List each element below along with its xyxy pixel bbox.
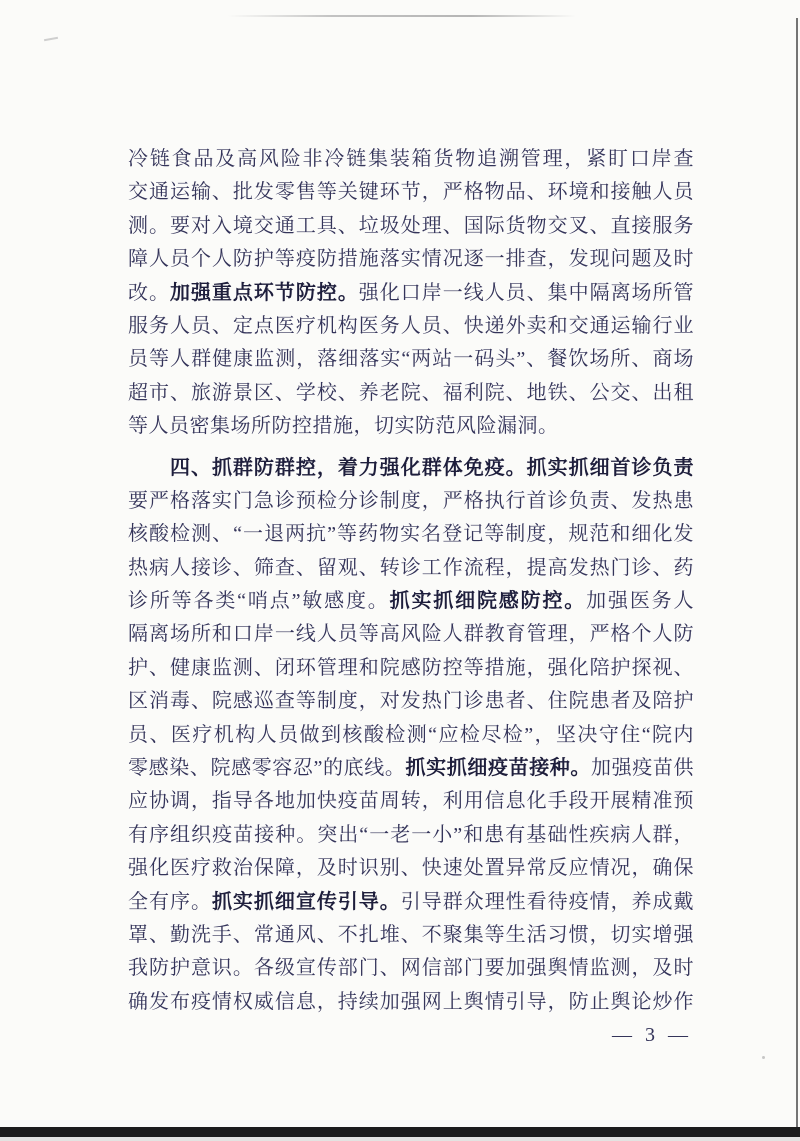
text-line: 零感染、院感零容忍”的底线。抓实抓细疫苗接种。加强疫苗供: [128, 752, 694, 785]
text-line: 核酸检测、“一退两抗”等药物实名登记等制度，规范和细化发: [128, 518, 694, 551]
text-line: 强化医疗救治保障，及时识别、快速处置异常反应情况，确保安: [128, 852, 694, 885]
text-segment: 测。要对入境交通工具、垃圾处理、国际货物交叉、直接服务保: [128, 215, 694, 243]
bold-text-segment: 抓实抓细院感防控。: [390, 590, 587, 612]
page-number: — 3 —: [612, 1024, 692, 1047]
text-line: 员、医疗机构人员做到核酸检测“应检尽检”，坚决守住“院内: [128, 719, 694, 752]
text-segment: 员等人群健康监测，落细落实“两站一码头”、餐饮场所、商场: [128, 348, 694, 370]
text-line: 应协调，指导各地加快疫苗周转，利用信息化手段开展精准预约，: [128, 785, 694, 818]
text-segment: 等人员密集场所防控措施，切实防范风险漏洞。: [128, 415, 559, 437]
scanned-page: 冷链食品及高风险非冷链集装箱货物追溯管理，紧盯口岸查验、交通运输、批发零售等关键…: [0, 0, 800, 1141]
document-text: 冷链食品及高风险非冷链集装箱货物追溯管理，紧盯口岸查验、交通运输、批发零售等关键…: [128, 143, 694, 1019]
text-segment: 冷链食品及高风险非冷链集装箱货物追溯管理，紧盯口岸查验、: [128, 148, 694, 176]
text-segment: 交通运输、批发零售等关键环节，严格物品、环境和接触人员监: [128, 181, 694, 209]
text-line: 等人员密集场所防控措施，切实防范风险漏洞。: [128, 410, 694, 443]
text-segment: 服务人员、定点医疗机构医务人员、快递外卖和交通运输行业人: [128, 315, 694, 343]
bold-text-segment: 四、抓群防群控，着力强化群体免疫。抓实抓细首诊负责制。: [128, 457, 694, 485]
text-segment: 确发布疫情权威信息，持续加强网上舆情引导，防止舆论炒作和: [128, 991, 694, 1019]
text-segment: 要严格落实门急诊预检分诊制度，严格执行首诊负责、发热患者: [128, 490, 694, 518]
text-segment: 障人员个人防护等疫防措施落实情况逐一排查，发现问题及时整: [128, 248, 694, 276]
paragraph: 冷链食品及高风险非冷链集装箱货物追溯管理，紧盯口岸查验、交通运输、批发零售等关键…: [128, 143, 694, 444]
text-segment: 加强疫苗供: [591, 757, 694, 779]
scan-artifact-top-line: [228, 15, 576, 17]
text-segment: 我防护意识。各级宣传部门、网信部门要加强舆情监测，及时准: [128, 957, 694, 985]
text-line: 冷链食品及高风险非冷链集装箱货物追溯管理，紧盯口岸查验、: [128, 143, 694, 176]
text-segment: 热病人接诊、筛查、留观、转诊工作流程，提高发热门诊、药店: [128, 557, 694, 585]
text-line: 隔离场所和口岸一线人员等高风险人群教育管理，严格个人防: [128, 618, 694, 651]
text-segment: 强化医疗救治保障，及时识别、快速处置异常反应情况，确保安: [128, 857, 694, 885]
text-line: 我防护意识。各级宣传部门、网信部门要加强舆情监测，及时准: [128, 952, 694, 985]
text-segment: 核酸检测、“一退两抗”等药物实名登记等制度，规范和细化发: [128, 523, 694, 545]
text-line: 服务人员、定点医疗机构医务人员、快递外卖和交通运输行业人: [128, 310, 694, 343]
scan-artifact-speck: [762, 1056, 765, 1059]
scan-artifact-speck: [44, 37, 58, 41]
text-segment: 护、健康监测、闭环管理和院感防控等措施，强化陪护探视、病: [128, 657, 694, 685]
text-segment: 区消毒、院感巡查等制度，对发热门诊患者、住院患者及陪护人: [128, 690, 694, 718]
scan-artifact-right-edge: [796, 18, 798, 1130]
text-line: 障人员个人防护等疫防措施落实情况逐一排查，发现问题及时整: [128, 243, 694, 276]
text-line: 交通运输、批发零售等关键环节，严格物品、环境和接触人员监: [128, 176, 694, 209]
text-line: 四、抓群防群控，着力强化群体免疫。抓实抓细首诊负责制。: [128, 452, 694, 485]
text-segment: 罩、勤洗手、常通风、不扎堆、不聚集等生活习惯，切实增强自: [128, 924, 694, 952]
text-line: 护、健康监测、闭环管理和院感防控等措施，强化陪护探视、病: [128, 652, 694, 685]
text-segment: 诊所等各类“哨点”敏感度。: [128, 590, 390, 612]
bold-text-segment: 抓实抓细疫苗接种。: [406, 757, 592, 779]
text-line: 诊所等各类“哨点”敏感度。抓实抓细院感防控。加强医务人员、: [128, 585, 694, 618]
text-segment: 零感染、院感零容忍”的底线。: [128, 757, 406, 779]
text-segment: 全有序。: [128, 891, 212, 913]
text-line: 全有序。抓实抓细宣传引导。引导群众理性看待疫情，养成戴口: [128, 886, 694, 919]
bold-text-segment: 抓实抓细宣传引导。: [212, 891, 401, 913]
text-line: 要严格落实门急诊预检分诊制度，严格执行首诊负责、发热患者: [128, 485, 694, 518]
text-segment: 隔离场所和口岸一线人员等高风险人群教育管理，严格个人防: [128, 623, 694, 645]
text-segment: 员、医疗机构人员做到核酸检测“应检尽检”，坚决守住“院内: [128, 724, 694, 746]
text-line: 罩、勤洗手、常通风、不扎堆、不聚集等生活习惯，切实增强自: [128, 919, 694, 952]
bold-text-segment: 加强重点环节防控。: [170, 282, 359, 304]
text-line: 有序组织疫苗接种。突出“一老一小”和患有基础性疾病人群，: [128, 819, 694, 852]
text-line: 改。加强重点环节防控。强化口岸一线人员、集中隔离场所管理: [128, 277, 694, 310]
scan-artifact-bottom-bar: [0, 1127, 800, 1137]
paragraph: 四、抓群防群控，着力强化群体免疫。抓实抓细首诊负责制。要严格落实门急诊预检分诊制…: [128, 452, 694, 1020]
text-segment: 改。: [128, 282, 170, 304]
text-line: 员等人群健康监测，落细落实“两站一码头”、餐饮场所、商场: [128, 343, 694, 376]
text-line: 区消毒、院感巡查等制度，对发热门诊患者、住院患者及陪护人: [128, 685, 694, 718]
text-line: 热病人接诊、筛查、留观、转诊工作流程，提高发热门诊、药店: [128, 552, 694, 585]
text-line: 确发布疫情权威信息，持续加强网上舆情引导，防止舆论炒作和: [128, 986, 694, 1019]
text-line: 超市、旅游景区、学校、养老院、福利院、地铁、公交、出租车: [128, 377, 694, 410]
text-line: 测。要对入境交通工具、垃圾处理、国际货物交叉、直接服务保: [128, 210, 694, 243]
text-segment: 有序组织疫苗接种。突出“一老一小”和患有基础性疾病人群，: [128, 824, 694, 846]
text-segment: 超市、旅游景区、学校、养老院、福利院、地铁、公交、出租车: [128, 382, 694, 410]
scan-artifact-bottom-strip: [0, 1137, 800, 1141]
text-segment: 应协调，指导各地加快疫苗周转，利用信息化手段开展精准预约，: [128, 790, 694, 818]
